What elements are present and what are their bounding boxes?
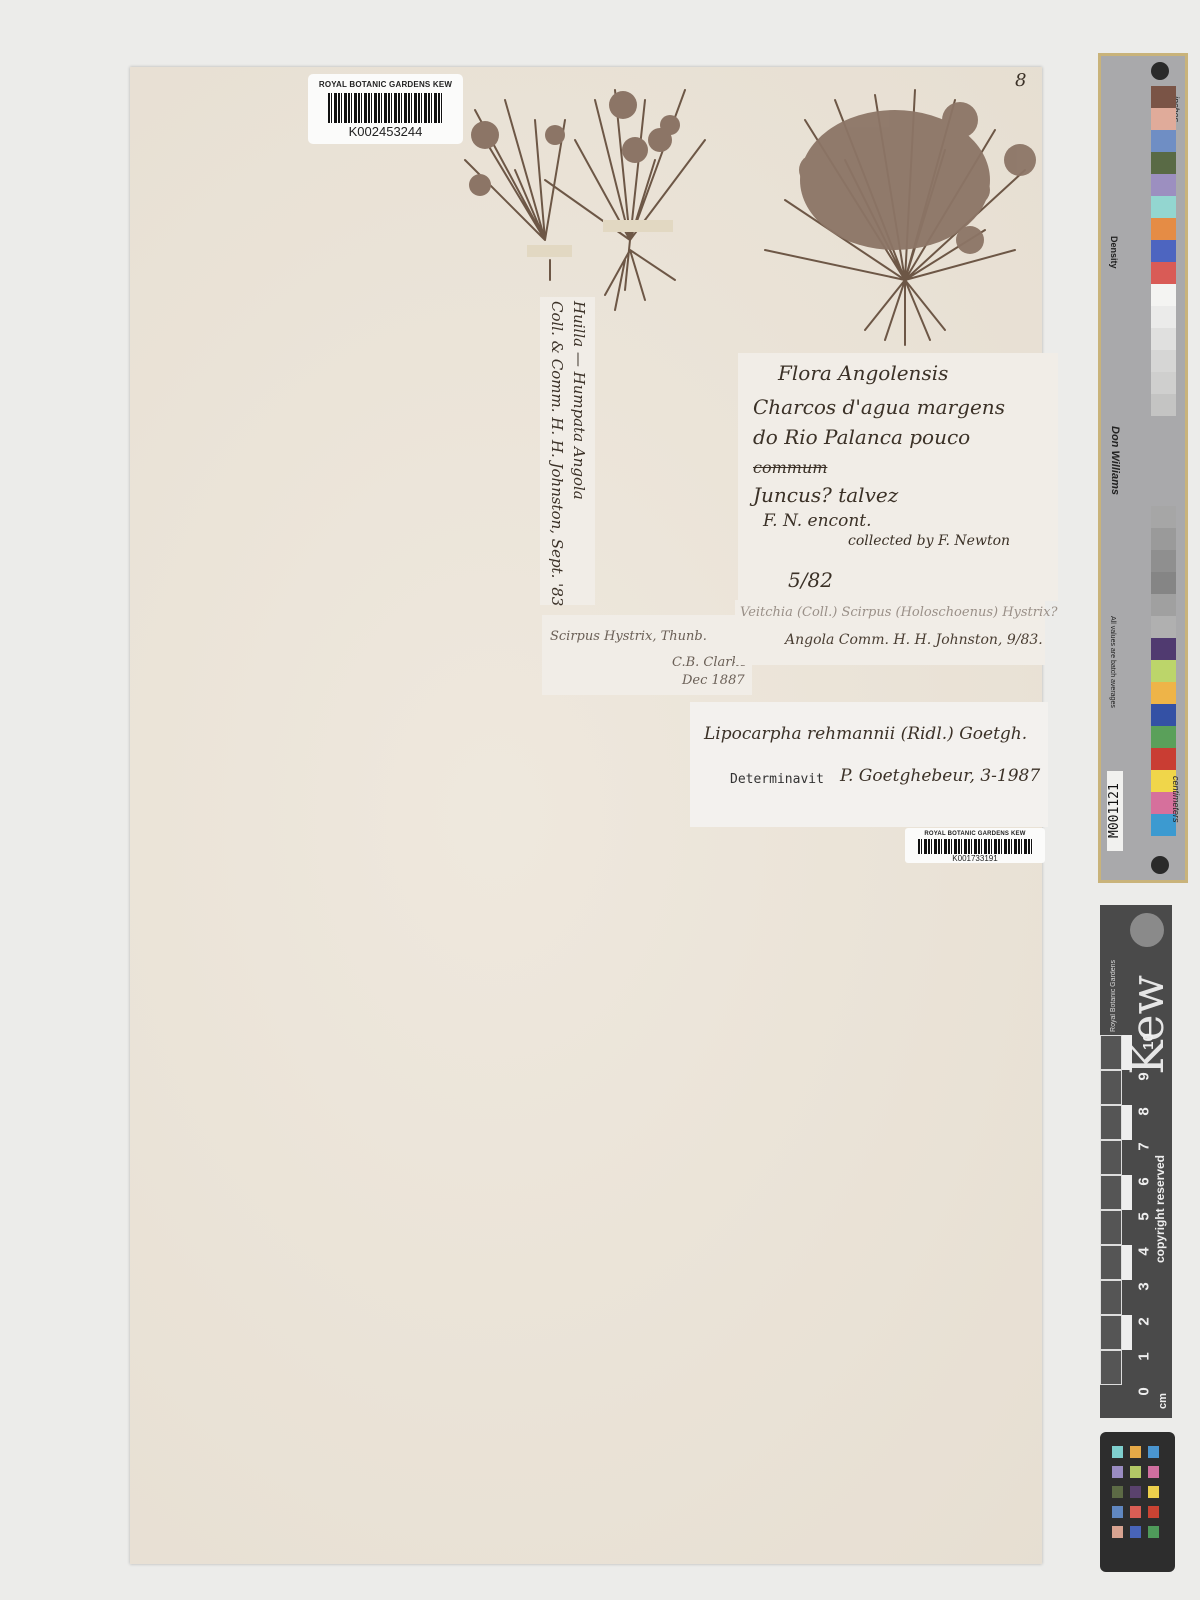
patch-4 bbox=[1151, 152, 1176, 174]
scale-segment bbox=[1100, 1280, 1122, 1315]
scale-segment bbox=[1100, 1035, 1122, 1070]
scale-segment-alt bbox=[1122, 1245, 1132, 1280]
flora-line-4: commum bbox=[753, 458, 827, 477]
card-cell bbox=[1130, 1466, 1141, 1478]
ruler-note: All values are batch averages bbox=[1109, 616, 1116, 708]
patch-12 bbox=[1151, 682, 1176, 704]
tick-5: 5 bbox=[1136, 1212, 1153, 1220]
angola-line-2: Angola Comm. H. H. Johnston, 9/83. bbox=[785, 632, 1043, 648]
kew-crest-icon bbox=[1130, 913, 1164, 947]
ruler-unit-bottom: centimeters bbox=[1171, 776, 1181, 823]
card-cell bbox=[1148, 1466, 1159, 1478]
determination-taxon: Lipocarpha rehmannii (Ridl.) Goetgh. bbox=[704, 724, 1027, 744]
patch-gray-1 bbox=[1151, 284, 1176, 306]
card-cell bbox=[1148, 1446, 1159, 1458]
patch-11 bbox=[1151, 660, 1176, 682]
barcode-label-main: ROYAL BOTANIC GARDENS KEW K002453244 bbox=[308, 74, 463, 144]
tick-3: 3 bbox=[1136, 1282, 1153, 1290]
patch-gray-12 bbox=[1151, 616, 1176, 638]
flora-line-8: 5/82 bbox=[788, 568, 833, 592]
determination-prefix: Determinavit bbox=[730, 772, 824, 787]
tick-0: 0 bbox=[1136, 1387, 1153, 1395]
scale-segment bbox=[1100, 1175, 1122, 1210]
ruler-hole-bottom bbox=[1151, 856, 1169, 874]
patch-gray-4 bbox=[1151, 350, 1176, 372]
card-cell bbox=[1112, 1446, 1123, 1458]
card-cell bbox=[1130, 1526, 1141, 1538]
tick-4: 4 bbox=[1136, 1247, 1153, 1255]
color-checker-card bbox=[1100, 1432, 1175, 1572]
scale-segment-alt bbox=[1122, 1105, 1132, 1140]
scale-segment bbox=[1100, 1070, 1122, 1105]
plant-specimen-large bbox=[745, 80, 1045, 350]
tick-8: 8 bbox=[1136, 1107, 1153, 1115]
card-cell bbox=[1112, 1526, 1123, 1538]
barcode-number: K002453244 bbox=[308, 124, 463, 139]
locality-line: Huilla — Humpata Angola bbox=[568, 301, 590, 606]
scale-segment bbox=[1100, 1210, 1122, 1245]
patch-8 bbox=[1151, 240, 1176, 262]
barcode-label-secondary: ROYAL BOTANIC GARDENS KEW K001733191 bbox=[905, 828, 1045, 863]
brand-label: Don Williams bbox=[1109, 426, 1121, 495]
scale-segment bbox=[1100, 1245, 1122, 1280]
tick-7: 7 bbox=[1136, 1142, 1153, 1150]
scale-segment-alt bbox=[1122, 1315, 1132, 1350]
flora-line-2: Charcos d'agua margens bbox=[753, 395, 1005, 419]
ruler-hole-top bbox=[1151, 62, 1169, 80]
scirpus-date: Dec 1887 bbox=[682, 673, 745, 688]
flora-line-1: Flora Angolensis bbox=[778, 361, 948, 385]
tick-6: 6 bbox=[1136, 1177, 1153, 1185]
patch-13 bbox=[1151, 704, 1176, 726]
card-cell bbox=[1148, 1486, 1159, 1498]
scale-segment-alt bbox=[1122, 1035, 1132, 1070]
patch-15 bbox=[1151, 748, 1176, 770]
kew-sub: Royal Botanic Gardens bbox=[1110, 960, 1117, 1032]
color-calibration-scale: inches Don Williams Density All values a… bbox=[1098, 53, 1188, 883]
patch-gray-6 bbox=[1151, 394, 1176, 416]
copyright-text: copyright reserved bbox=[1153, 1155, 1167, 1263]
determination-determiner: P. Goetghebeur, 3-1987 bbox=[840, 766, 1040, 786]
barcode-icon bbox=[328, 93, 443, 123]
label-scirpus: Scirpus Hystrix, Thunb. C.B. Clarke Dec … bbox=[542, 615, 752, 695]
flora-line-5: Juncus? talvez bbox=[753, 483, 898, 507]
patch-5 bbox=[1151, 174, 1176, 196]
patch-7 bbox=[1151, 218, 1176, 240]
label-flora-angolensis: Flora Angolensis Charcos d'agua margens … bbox=[738, 353, 1058, 601]
flora-line-3: do Rio Palanca pouco bbox=[753, 425, 970, 449]
patch-gray-2 bbox=[1151, 306, 1176, 328]
tick-10: 10 bbox=[1140, 1033, 1157, 1050]
unit-label: cm bbox=[1157, 1393, 1169, 1409]
card-cell bbox=[1112, 1486, 1123, 1498]
tick-1: 1 bbox=[1136, 1352, 1153, 1360]
patch-10 bbox=[1151, 638, 1176, 660]
scale-segment bbox=[1100, 1350, 1122, 1385]
scale-segment bbox=[1100, 1105, 1122, 1140]
barcode-number-small: K001733191 bbox=[905, 854, 1045, 863]
tick-2: 2 bbox=[1136, 1317, 1153, 1325]
patch-2 bbox=[1151, 108, 1176, 130]
card-cell bbox=[1148, 1526, 1159, 1538]
scale-segment bbox=[1100, 1140, 1122, 1175]
patch-1 bbox=[1151, 86, 1176, 108]
flora-line-7: collected by F. Newton bbox=[848, 533, 1010, 549]
patch-gray-3 bbox=[1151, 328, 1176, 350]
scale-segment-alt bbox=[1122, 1175, 1132, 1210]
patch-3 bbox=[1151, 130, 1176, 152]
density-label: Density bbox=[1109, 236, 1119, 269]
card-cell bbox=[1148, 1506, 1159, 1518]
label-determination: Lipocarpha rehmannii (Ridl.) Goetgh. Det… bbox=[690, 702, 1048, 827]
card-cell bbox=[1130, 1446, 1141, 1458]
card-cell bbox=[1130, 1486, 1141, 1498]
patch-gray-10 bbox=[1151, 572, 1176, 594]
label-angola: Veitchia (Coll.) Scirpus (Holoschoenus) … bbox=[735, 600, 1045, 665]
flora-line-6: F. N. encont. bbox=[763, 511, 872, 531]
scirpus-name: Scirpus Hystrix, Thunb. bbox=[550, 629, 707, 644]
angola-line-1: Veitchia (Coll.) Scirpus (Holoschoenus) … bbox=[740, 605, 1057, 620]
barcode-icon-small bbox=[918, 839, 1033, 854]
institution-name-small: ROYAL BOTANIC GARDENS KEW bbox=[905, 828, 1045, 837]
label-locality-vertical: Huilla — Humpata Angola Coll. & Comm. H.… bbox=[540, 297, 595, 605]
institution-name: ROYAL BOTANIC GARDENS KEW bbox=[308, 74, 463, 89]
plant-specimen-small bbox=[445, 80, 735, 320]
scale-id-tag: M001121 bbox=[1107, 771, 1123, 851]
patch-gray-8 bbox=[1151, 528, 1176, 550]
scale-segment bbox=[1100, 1315, 1122, 1350]
card-cell bbox=[1112, 1466, 1123, 1478]
patch-6 bbox=[1151, 196, 1176, 218]
tick-9: 9 bbox=[1136, 1072, 1153, 1080]
kew-scale-bar: Kew Royal Botanic Gardens 10 9 8 7 6 5 4… bbox=[1100, 905, 1172, 1418]
patch-gray-9 bbox=[1151, 550, 1176, 572]
patch-gray-11 bbox=[1151, 594, 1176, 616]
patch-gray-5 bbox=[1151, 372, 1176, 394]
patch-gray-7 bbox=[1151, 506, 1176, 528]
patch-14 bbox=[1151, 726, 1176, 748]
patch-9 bbox=[1151, 262, 1176, 284]
card-cell bbox=[1112, 1506, 1123, 1518]
collector-line: Coll. & Comm. H. H. Johnston, Sept. '83 bbox=[546, 301, 568, 606]
card-cell bbox=[1130, 1506, 1141, 1518]
